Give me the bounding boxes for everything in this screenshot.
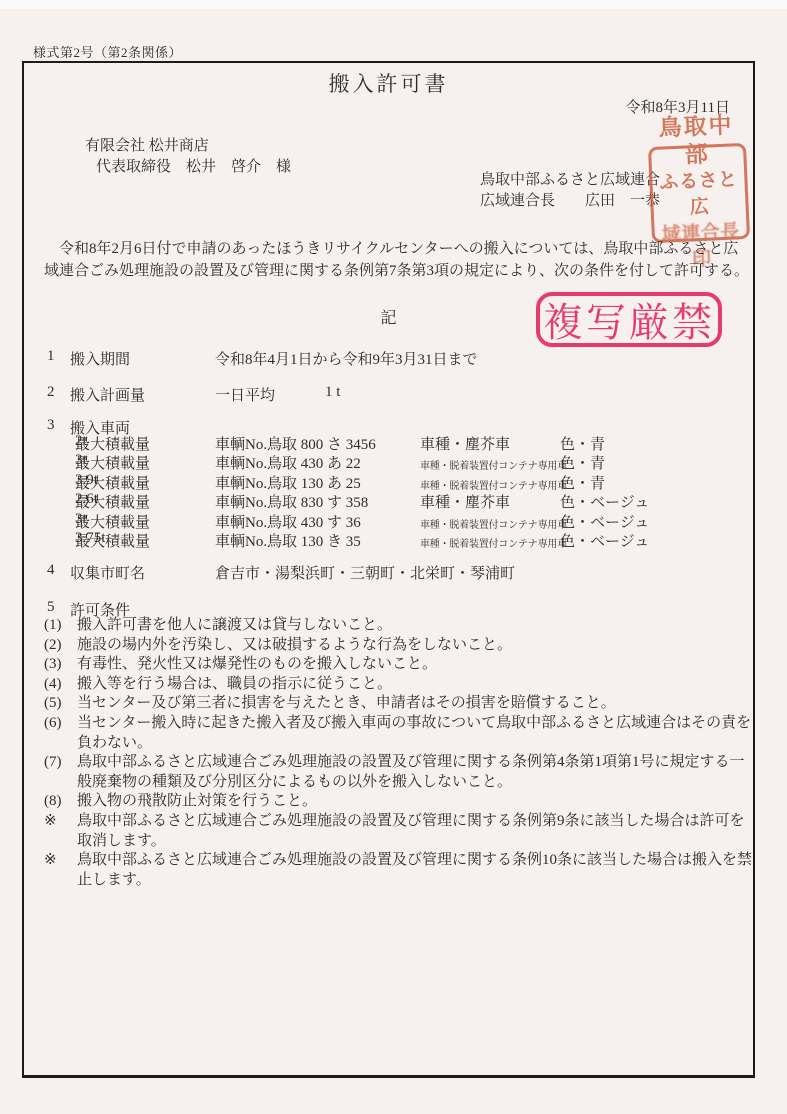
- vehicle-type: 車種・塵芥車: [420, 491, 510, 512]
- section-value: 倉吉市・湯梨浜町・三朝町・北栄町・琴浦町: [215, 562, 515, 583]
- vehicle-type: 車種・塵芥車: [420, 433, 510, 454]
- condition-marker: (4): [44, 675, 77, 695]
- vehicle-no-label: 車輌No.: [215, 433, 267, 454]
- condition-marker: (8): [44, 792, 77, 812]
- condition-text: 鳥取中部ふるさと広域連合ごみ処理施設の設置及び管理に関する条例10条に該当した場…: [77, 851, 752, 890]
- condition-text: 施設の場内外を汚染し、又は破損するような行為をしないこと。: [77, 636, 752, 656]
- section-value: 一日平均: [215, 384, 275, 405]
- condition-item: ※ 鳥取中部ふるさと広域連合ごみ処理施設の設置及び管理に関する条例第9条に該当し…: [44, 812, 752, 851]
- vehicle-type: 車種・脱着装置付コンテナ専用車: [420, 477, 567, 492]
- vehicle-row: 最大積載量 3.75t 車輌No. 鳥取 130 き 35 車種・脱着装置付コン…: [0, 530, 787, 549]
- vehicle-no-label: 車輌No.: [215, 452, 267, 473]
- condition-marker: ※: [44, 812, 77, 851]
- permit-conditions-list: (1) 搬入許可書を他人に譲渡又は貸与しないこと。 (2) 施設の場内外を汚染し…: [44, 616, 752, 890]
- vehicle-no-label: 車輌No.: [215, 530, 267, 551]
- vehicle-color: 色・ベージュ: [560, 530, 649, 551]
- vehicle-row: 最大積載量 3t 車輌No. 鳥取 430 す 36 車種・脱着装置付コンテナ専…: [0, 511, 787, 530]
- section-amount: 1 t: [325, 384, 340, 401]
- vehicle-no-label: 車輌No.: [215, 491, 267, 512]
- vehicle-row: 最大積載量 3.9t 車輌No. 鳥取 130 あ 25 車種・脱着装置付コンテ…: [0, 472, 787, 491]
- vehicle-plate: 鳥取 130 あ 25: [267, 472, 361, 493]
- issuer-organization: 鳥取中部ふるさと広域連合: [480, 170, 660, 191]
- vehicle-color: 色・青: [560, 433, 605, 454]
- condition-text: 当センター搬入時に起きた搬入者及び搬入車両の事故について鳥取中部ふるさと広域連合…: [77, 714, 752, 753]
- vehicle-plate: 鳥取 430 あ 22: [267, 452, 361, 473]
- copy-prohibited-stamp: 複写厳禁: [536, 292, 722, 347]
- scan-edge: [0, 0, 787, 9]
- official-red-seal: 鳥取中部 ふるさと広 域連合長印: [648, 143, 750, 243]
- condition-marker: (6): [44, 714, 77, 753]
- issuer-head-name: 広域連合長 広田 一恭: [480, 191, 660, 212]
- vehicle-no-label: 車輌No.: [215, 511, 267, 532]
- vehicle-color: 色・青: [560, 472, 605, 493]
- condition-marker: (3): [44, 655, 77, 675]
- seal-text-line: 鳥取中部: [650, 111, 744, 171]
- section-number: 4: [47, 562, 55, 579]
- condition-text: 有毒性、発火性又は爆発性のものを搬入しないこと。: [77, 655, 752, 675]
- condition-item: (8) 搬入物の飛散防止対策を行うこと。: [44, 792, 752, 812]
- vehicle-type: 車種・脱着装置付コンテナ専用車: [420, 516, 567, 531]
- vehicle-row: 最大積載量 2t 車輌No. 鳥取 800 さ 3456 車種・塵芥車 色・青: [0, 433, 787, 452]
- section-number: 5: [47, 599, 55, 616]
- condition-item: (4) 搬入等を行う場合は、職員の指示に従うこと。: [44, 675, 752, 695]
- addressee-block: 有限会社 松井商店 代表取締役 松井 啓介 様: [85, 136, 291, 178]
- vehicle-row: 最大積載量 2.6t 車輌No. 鳥取 830 す 358 車種・塵芥車 色・ベ…: [0, 491, 787, 510]
- document-title: 搬入許可書: [22, 68, 755, 98]
- vehicle-type: 車種・脱着装置付コンテナ専用車: [420, 535, 567, 550]
- section-number: 1: [47, 348, 55, 365]
- vehicle-type: 車種・脱着装置付コンテナ専用車: [420, 457, 567, 472]
- addressee-company: 有限会社 松井商店: [85, 136, 291, 157]
- condition-item: (3) 有毒性、発火性又は爆発性のものを搬入しないこと。: [44, 655, 752, 675]
- condition-item: (7) 鳥取中部ふるさと広域連合ごみ処理施設の設置及び管理に関する条例第4条第1…: [44, 753, 752, 792]
- form-number-label: 様式第2号（第2条関係）: [33, 42, 182, 61]
- section-number: 3: [47, 417, 55, 434]
- condition-text: 搬入物の飛散防止対策を行うこと。: [77, 792, 752, 812]
- condition-text: 当センター及び第三者に損害を与えたとき、申請者はその損害を賠償すること。: [77, 694, 752, 714]
- condition-text: 鳥取中部ふるさと広域連合ごみ処理施設の設置及び管理に関する条例第9条に該当した場…: [77, 812, 752, 851]
- condition-marker: (2): [44, 636, 77, 656]
- body-paragraph: 令和8年2月6日付で申請のあったほうきリサイクルセンターへの搬入については、鳥取…: [44, 238, 752, 282]
- vehicle-list: 最大積載量 2t 車輌No. 鳥取 800 さ 3456 車種・塵芥車 色・青 …: [0, 433, 787, 549]
- vehicle-plate: 鳥取 800 さ 3456: [267, 433, 376, 454]
- condition-item: (6) 当センター搬入時に起きた搬入者及び搬入車両の事故について鳥取中部ふるさと…: [44, 714, 752, 753]
- condition-item: ※ 鳥取中部ふるさと広域連合ごみ処理施設の設置及び管理に関する条例10条に該当し…: [44, 851, 752, 890]
- permit-document-page: 様式第2号（第2条関係） 搬入許可書 令和8年3月11日 有限会社 松井商店 代…: [0, 0, 787, 1114]
- vehicle-plate: 鳥取 830 す 358: [267, 491, 368, 512]
- vehicle-color: 色・ベージュ: [560, 491, 649, 512]
- condition-marker: (5): [44, 694, 77, 714]
- vehicle-no-label: 車輌No.: [215, 472, 267, 493]
- condition-item: (2) 施設の場内外を汚染し、又は破損するような行為をしないこと。: [44, 636, 752, 656]
- condition-text: 鳥取中部ふるさと広域連合ごみ処理施設の設置及び管理に関する条例第4条第1項第1号…: [77, 753, 752, 792]
- seal-text-line: ふるさと広: [652, 167, 746, 223]
- vehicle-row: 最大積載量 3t 車輌No. 鳥取 430 あ 22 車種・脱着装置付コンテナ専…: [0, 452, 787, 471]
- issuer-block: 鳥取中部ふるさと広域連合 広域連合長 広田 一恭: [480, 170, 660, 212]
- condition-text: 搬入許可書を他人に譲渡又は貸与しないこと。: [77, 616, 752, 636]
- condition-item: (1) 搬入許可書を他人に譲渡又は貸与しないこと。: [44, 616, 752, 636]
- section-value: 令和8年4月1日から令和9年3月31日まで: [215, 348, 478, 369]
- section-number: 2: [47, 384, 55, 401]
- section-label: 収集市町名: [70, 562, 145, 583]
- vehicle-plate: 鳥取 430 す 36: [267, 511, 361, 532]
- vehicle-plate: 鳥取 130 き 35: [267, 530, 361, 551]
- condition-text: 搬入等を行う場合は、職員の指示に従うこと。: [77, 675, 752, 695]
- condition-marker: (7): [44, 753, 77, 792]
- section-label: 搬入計画量: [70, 384, 145, 405]
- addressee-person: 代表取締役 松井 啓介 様: [96, 157, 291, 178]
- vehicle-color: 色・青: [560, 452, 605, 473]
- condition-item: (5) 当センター及び第三者に損害を与えたとき、申請者はその損害を賠償すること。: [44, 694, 752, 714]
- condition-marker: ※: [44, 851, 77, 890]
- vehicle-color: 色・ベージュ: [560, 511, 649, 532]
- condition-marker: (1): [44, 616, 77, 636]
- section-label: 搬入期間: [70, 348, 130, 369]
